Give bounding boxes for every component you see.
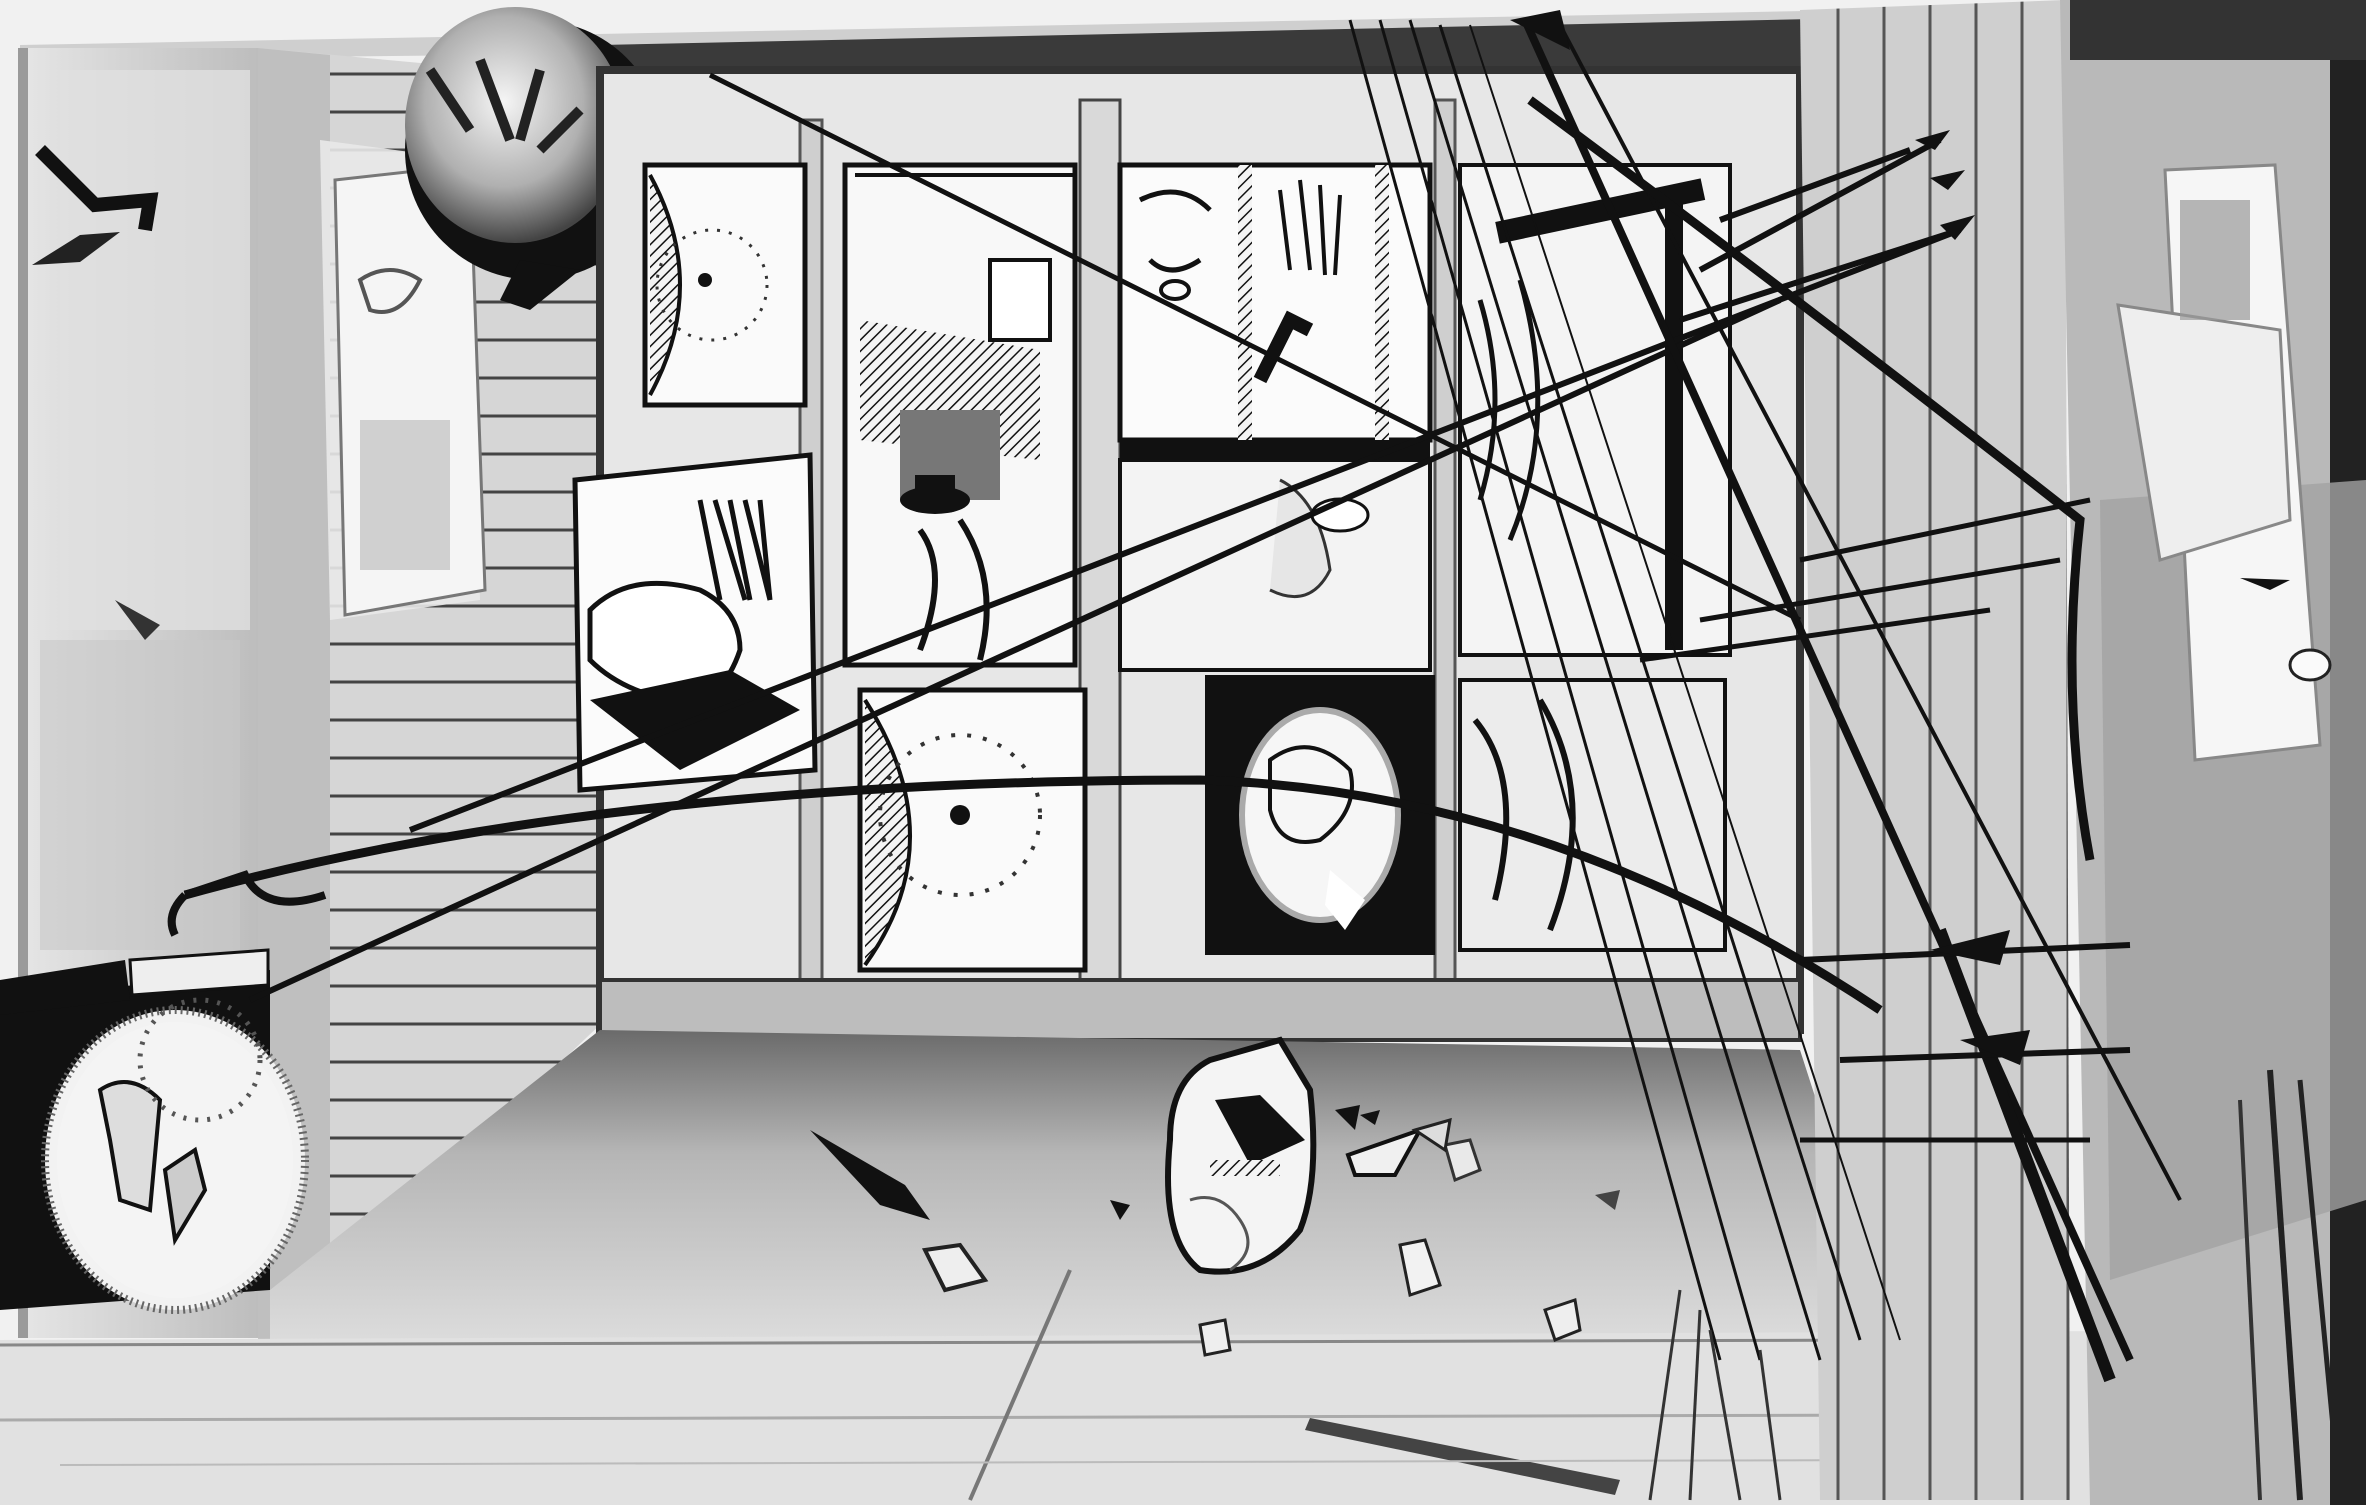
comic-panel-lower-right — [1460, 680, 1725, 950]
cracked-plate: Cracked plate fragment — [1168, 1040, 1313, 1272]
coin-sign: Coin sign, lower left — [0, 950, 305, 1310]
comic-panel-clock-top: Clock face panel — [645, 165, 805, 405]
ink-drawing: Weathered wall panel Clapboard wall, lef… — [0, 0, 2366, 1505]
comic-panel-faces: Faces panel — [1120, 165, 1430, 670]
comic-panel-hands: Hands panel — [575, 455, 815, 790]
comic-panel-circle-dark: Dark circle panel — [1205, 675, 1435, 955]
comic-panel-clock-bottom: Large clock panel — [860, 690, 1085, 970]
